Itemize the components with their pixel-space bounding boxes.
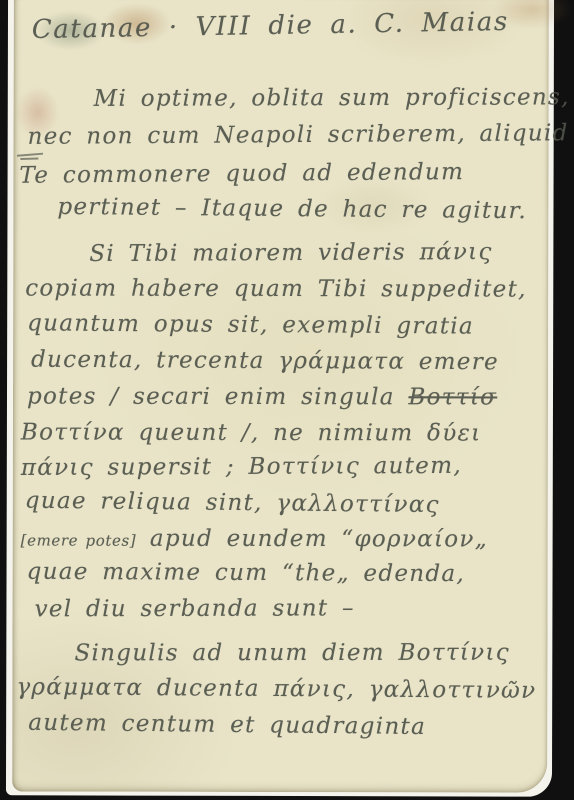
scanned-postcard-page: { "page": { "colors": { "paper": "#e9e4c… xyxy=(0,0,574,800)
dateline: Catanae · VIII die a. C. Maias xyxy=(32,7,509,45)
postcard-paper: Catanae · VIII die a. C. Maias Mi optime… xyxy=(12,0,549,793)
line-text: Te commonere quod ad edendum xyxy=(19,159,464,189)
handwritten-line: [emere potes] apud eundem “φορναίον„ xyxy=(21,525,488,552)
handwritten-line: pertinet – Itaque de hac re agitur. xyxy=(57,194,527,224)
handwritten-line: vel diu serbanda sunt – xyxy=(35,595,355,622)
handwritten-line: quantum opus sit, exempli gratia xyxy=(27,310,474,339)
handwritten-line: Mi optime, oblita sum proficiscens, xyxy=(94,84,570,111)
handwritten-line: autem centum et quadraginta xyxy=(28,710,426,740)
handwritten-line: Te commonere quod ad edendum xyxy=(19,159,464,189)
handwritten-line: Βοττίνα queunt /, ne nimium δύει xyxy=(21,419,482,446)
line-text: potes / secari enim singula xyxy=(27,383,409,410)
handwritten-line: Si Tibi maiorem videris πάνις xyxy=(89,239,492,267)
inserted-note: [emere potes] xyxy=(21,531,137,549)
handwritten-line: πάνις supersit ; Βοττίνις autem, xyxy=(21,453,462,481)
handwritten-line: quae reliqua sint, γαλλοττίνας xyxy=(25,488,440,518)
handwritten-line: copiam habere quam Tibi suppeditet, xyxy=(25,275,527,302)
handwritten-line: ducenta, trecenta γράμματα emere xyxy=(31,347,499,376)
handwritten-line: nec non cum Neapoli scriberem, aliquid xyxy=(27,120,568,150)
handwritten-line: γράμματα ducenta πάνις, γαλλοττινῶν xyxy=(16,674,536,704)
line-text: apud eundem “φορναίον„ xyxy=(136,526,488,553)
struck-out-word: Βοττίσ xyxy=(408,384,497,410)
handwritten-line: quae maxime cum “the„ edenda, xyxy=(27,559,466,587)
handwritten-line: potes / secari enim singula Βοττίσ xyxy=(27,383,497,410)
handwritten-line: Singulis ad unum diem Βοττίνις xyxy=(74,640,510,667)
